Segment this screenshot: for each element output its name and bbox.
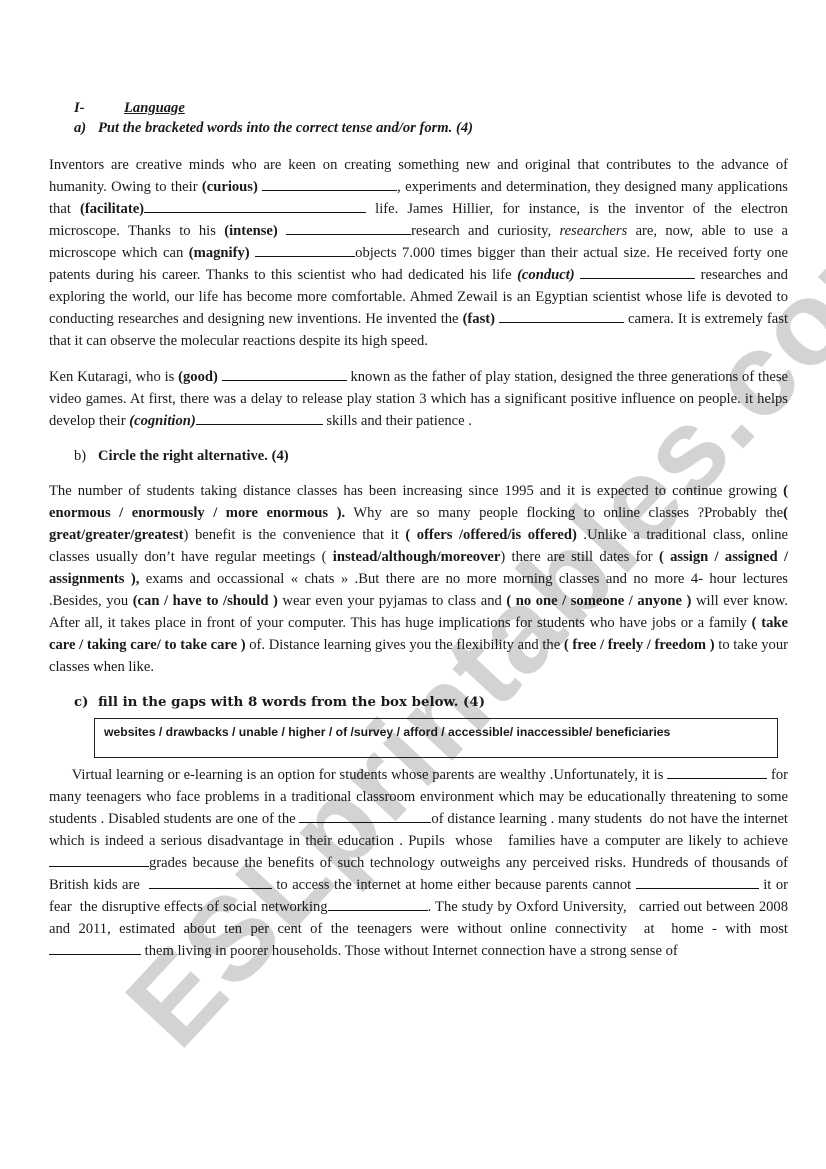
task-a-letter: a): [74, 118, 98, 138]
task-a-paragraph-2: Ken Kutaragi, who is (good) known as the…: [49, 366, 788, 432]
text-run: wear even your pyjamas to class and: [278, 593, 506, 609]
section-title: Language: [124, 100, 185, 116]
word-hint: (fast): [463, 311, 495, 327]
text-run: Ken Kutaragi, who is: [49, 369, 178, 385]
blank-gap[interactable]: [222, 366, 347, 381]
task-c-paragraph: Virtual learning or e-learning is an opt…: [49, 764, 788, 962]
text-run: research and curiosity,: [411, 223, 559, 239]
task-a-text: Put the bracketed words into the correct…: [98, 120, 473, 136]
text-run: skills and their patience .: [323, 413, 472, 429]
alternatives[interactable]: ( offers /offered/is offered): [405, 527, 577, 543]
task-b-letter: b): [74, 446, 98, 466]
text-run: Virtual learning or e-learning is an opt…: [49, 767, 667, 783]
text-run: The number of students taking distance c…: [49, 483, 783, 499]
task-b-instruction: b)Circle the right alternative. (4): [49, 446, 788, 466]
text-run: ) there are still dates for: [500, 549, 659, 565]
alternatives[interactable]: ( no one / someone / anyone ): [506, 593, 691, 609]
blank-gap[interactable]: [196, 410, 323, 425]
word-hint: (facilitate): [80, 201, 144, 217]
word-hint: (curious): [202, 179, 258, 195]
word-hint: (conduct): [517, 267, 575, 283]
word-box: websites / drawbacks / unable / higher /…: [94, 718, 778, 758]
blank-gap[interactable]: [580, 264, 695, 279]
task-a-paragraph-1: Inventors are creative minds who are kee…: [49, 154, 788, 352]
blank-gap[interactable]: [144, 198, 366, 213]
blank-gap[interactable]: [328, 896, 428, 911]
task-c-letter: c): [74, 692, 98, 712]
task-c-text: fill in the gaps with 8 words from the b…: [98, 694, 485, 710]
task-b-text: Circle the right alternative. (4): [98, 448, 289, 464]
blank-gap[interactable]: [262, 176, 397, 191]
text-run: ) benefit is the convenience that it: [184, 527, 406, 543]
word-hint: (good): [178, 369, 218, 385]
alternatives[interactable]: ( free / freely / freedom ): [564, 637, 715, 653]
blank-gap[interactable]: [667, 764, 767, 779]
task-b-paragraph: The number of students taking distance c…: [49, 480, 788, 678]
section-heading: I-Language: [49, 98, 788, 118]
blank-gap[interactable]: [299, 808, 431, 823]
blank-gap[interactable]: [636, 874, 759, 889]
task-c-instruction: c)fill in the gaps with 8 words from the…: [49, 692, 788, 712]
blank-gap[interactable]: [499, 308, 624, 323]
blank-gap[interactable]: [49, 940, 141, 955]
text-run: of. Distance learning gives you the flex…: [246, 637, 564, 653]
blank-gap[interactable]: [286, 220, 411, 235]
blank-gap[interactable]: [149, 874, 272, 889]
word-hint: (intense): [224, 223, 278, 239]
word-hint: (cognition): [129, 413, 195, 429]
word-hint: (magnify): [189, 245, 250, 261]
section-number: I-: [49, 98, 124, 118]
alternatives[interactable]: (can / have to /should ): [133, 593, 278, 609]
blank-gap[interactable]: [255, 242, 355, 257]
text-run: them living in poorer households. Those …: [141, 943, 678, 959]
task-a-instruction: a)Put the bracketed words into the corre…: [49, 118, 788, 138]
blank-gap[interactable]: [49, 852, 149, 867]
worksheet-content: I-Language a)Put the bracketed words int…: [49, 98, 788, 962]
text-run: Why are so many people flocking to onlin…: [345, 505, 783, 521]
emphasis: researchers: [559, 223, 627, 239]
text-run: to access the internet at home either be…: [272, 877, 636, 893]
worksheet-page: ESLprintables.com I-Language a)Put the b…: [0, 0, 826, 1169]
alternatives[interactable]: instead/although/moreover: [333, 549, 501, 565]
